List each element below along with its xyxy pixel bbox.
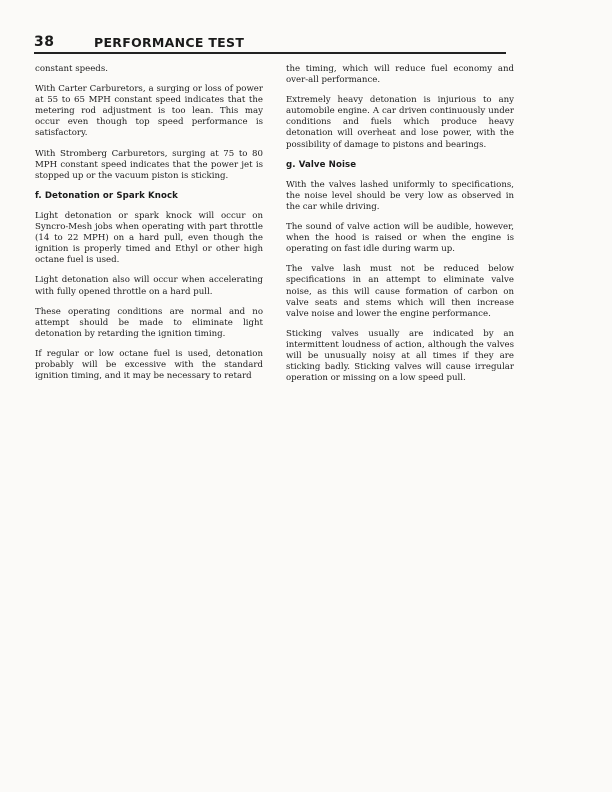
right-column: the timing, which will reduce fuel econo… — [286, 64, 514, 393]
paragraph: With Stromberg Carburetors, surging at 7… — [35, 149, 263, 182]
running-title: PERFORMANCE TEST — [94, 35, 244, 50]
paragraph: These operating conditions are normal an… — [35, 307, 263, 340]
section-heading-detonation: f. Detonation or Spark Knock — [35, 191, 263, 202]
paragraph: The sound of valve action will be audibl… — [286, 222, 514, 255]
paragraph: constant speeds. — [35, 64, 263, 75]
paragraph: The valve lash must not be reduced below… — [286, 264, 514, 319]
page-number: 38 — [34, 34, 54, 50]
left-column: constant speeds. With Carter Carburetors… — [35, 64, 263, 391]
paragraph: Light detonation also will occur when ac… — [35, 275, 263, 297]
paragraph: the timing, which will reduce fuel econo… — [286, 64, 514, 86]
paragraph: Light detonation or spark knock will occ… — [35, 211, 263, 266]
paragraph: With Carter Carburetors, a surging or lo… — [35, 84, 263, 139]
paragraph: Sticking valves usually are indicated by… — [286, 329, 514, 384]
paragraph: If regular or low octane fuel is used, d… — [35, 349, 263, 382]
paragraph: With the valves lashed uniformly to spec… — [286, 180, 514, 213]
section-heading-valve-noise: g. Valve Noise — [286, 160, 514, 171]
page-header: 38 PERFORMANCE TEST — [34, 34, 506, 54]
paragraph: Extremely heavy detonation is injurious … — [286, 95, 514, 150]
